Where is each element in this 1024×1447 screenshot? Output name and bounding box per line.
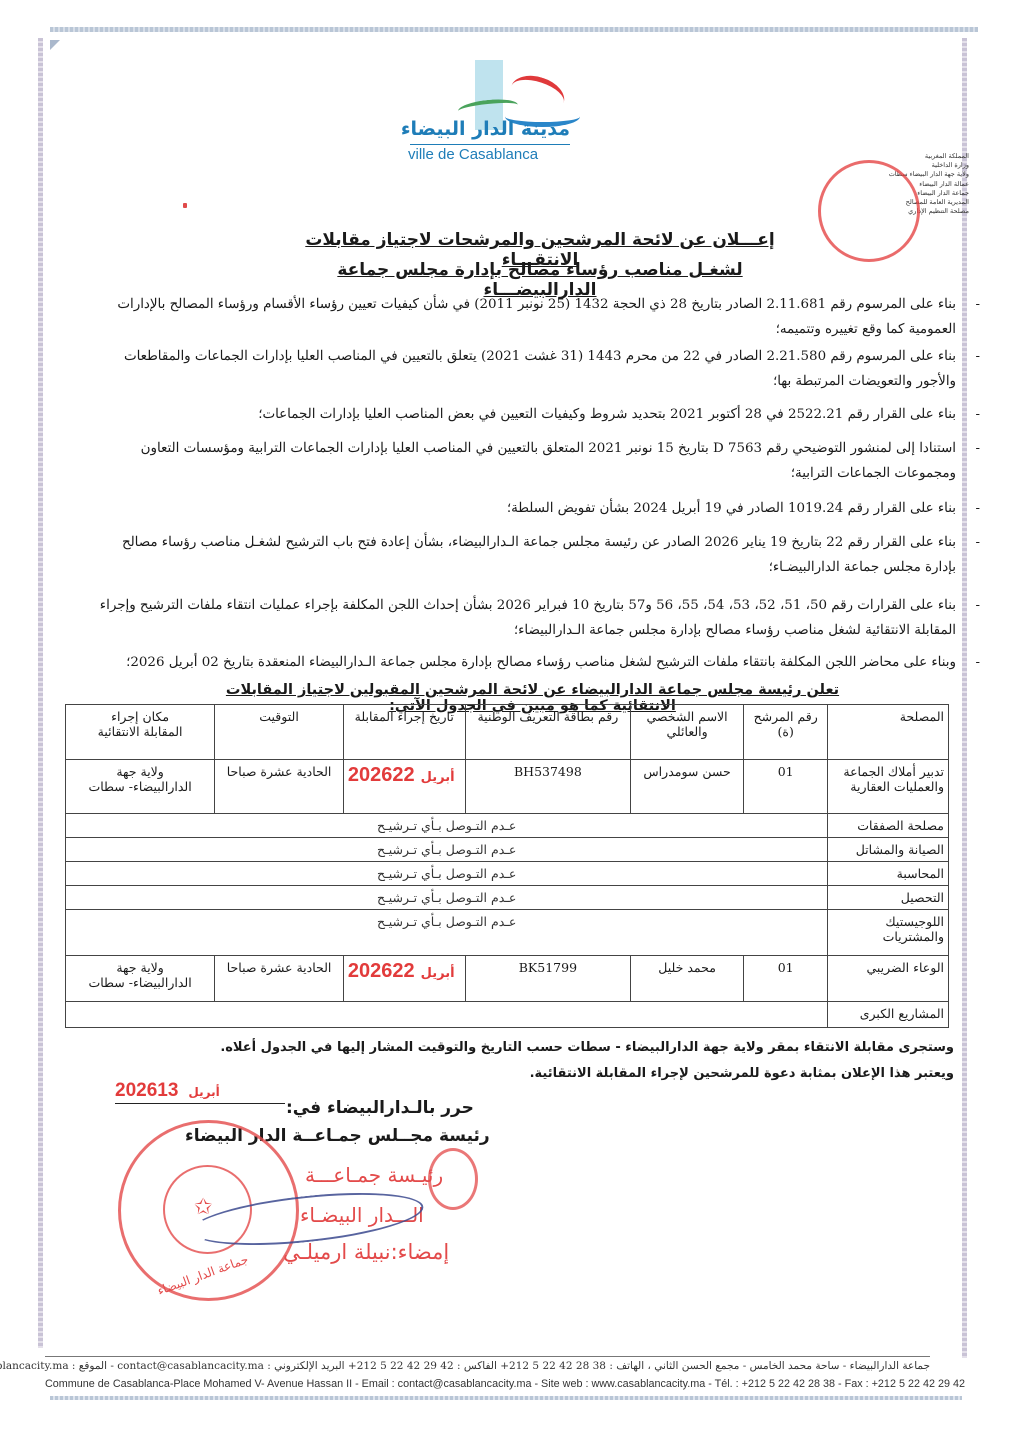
signature-date-label: حرر بالـدارالبيضاء في: (286, 1098, 474, 1118)
logo-underline (410, 144, 570, 145)
header-place: مكان إجراء المقابلة الانتقائية (66, 705, 215, 760)
cell-no-candidate: عـدم التـوصل بـأي تـرشيـح (66, 814, 828, 838)
place-line1: ولاية جهة (70, 764, 210, 779)
legal-basis-text: بناء على المرسوم رقم 2.21.580 الصادر في … (124, 349, 956, 389)
legal-basis-text: بناء على المرسوم رقم 2.11.681 الصادر بتا… (117, 297, 956, 337)
corner-mark-icon (50, 40, 60, 50)
cell-department: اللوجيستيك والمشتريات (828, 910, 949, 956)
logo-arabic-name: مدينة الدار البيضاء (400, 118, 570, 140)
cell-interview-date: 2026أبريل22 (343, 956, 465, 1002)
footer-arabic: جماعة الدارالبيضاء - ساحة محمد الخامس - … (45, 1360, 930, 1372)
legal-basis-item: -بناء على القرارات رقم 50، 51، 52، 53، 5… (96, 593, 956, 643)
cell-time: الحادية عشرة صباحا (215, 760, 344, 814)
cell-interview-date: 2026أبريل22 (343, 760, 465, 814)
cell-department: مصلحة الصفقات (828, 814, 949, 838)
legal-basis-item: -وبناء على محاضر اللجن المكلفة بانتقاء م… (96, 650, 956, 675)
logo-french-name: ville de Casablanca (408, 146, 538, 163)
cell-department: تدبير أملاك الجماعة والعمليات العقارية (828, 760, 949, 814)
cell-candidate-number: 01 (743, 760, 827, 814)
header-full-name: الاسم الشخصي والعائلي (631, 705, 744, 760)
legal-basis-item: -بناء على المرسوم رقم 2.11.681 الصادر بت… (96, 292, 956, 342)
date-day: 22 (392, 960, 414, 982)
sig-date-day: 13 (157, 1080, 178, 1101)
cell-department: الوعاء الضريبي (828, 956, 949, 1002)
table-row: المحاسبة عـدم التـوصل بـأي تـرشيـح (66, 862, 949, 886)
legal-basis-item: -بناء على المرسوم رقم 2.21.580 الصادر في… (96, 344, 956, 394)
cell-national-id: BK51799 (465, 956, 631, 1002)
header-place-line1: مكان إجراء (70, 709, 210, 724)
table-row: التحصيل عـدم التـوصل بـأي تـرشيـح (66, 886, 949, 910)
date-month: أبريل (421, 966, 455, 981)
cell-no-candidate: عـدم التـوصل بـأي تـرشيـح (66, 910, 828, 956)
footer-french: Commune de Casablanca-Place Mohamed V- A… (45, 1378, 930, 1390)
legal-basis-item: -بناء على القرار رقم 2522.21 في 28 أكتوب… (96, 402, 956, 427)
header-interview-date: تاريخ إجراء المقابلة (343, 705, 465, 760)
interview-location-note: وستجرى مقابلة الانتقاء بمقر ولاية جهة ال… (220, 1040, 954, 1055)
cell-place: ولاية جهة الدارالبيضاء- سطات (66, 956, 215, 1002)
sig-date-year: 2026 (115, 1080, 157, 1101)
cell-national-id: BH537498 (465, 760, 631, 814)
cell-empty (66, 1002, 828, 1028)
header-national-id: رقم بطاقة التعريف الوطنية (465, 705, 631, 760)
header-place-line2: المقابلة الانتقائية (70, 724, 210, 739)
table-row: الوعاء الضريبي 01 محمد خليل BK51799 2026… (66, 956, 949, 1002)
legal-basis-item: -استنادا إلى لمنشور التوضيحي رقم D 7563 … (96, 436, 956, 486)
footer-divider (45, 1356, 930, 1357)
cell-time: الحادية عشرة صباحا (215, 956, 344, 1002)
cell-full-name: حسن سومدراس (631, 760, 744, 814)
table-row: تدبير أملاك الجماعة والعمليات العقارية 0… (66, 760, 949, 814)
table-row: المشاريع الكبرى (66, 1002, 949, 1028)
signatory-stamp-line1: رئيـسة جمـاعـــة (305, 1163, 443, 1187)
place-line2: الدارالبيضاء- سطات (70, 779, 210, 794)
sig-date-month: أبريل (188, 1085, 219, 1099)
date-year: 2026 (348, 960, 393, 982)
date-month: أبريل (421, 770, 455, 785)
header-department: المصلحة (828, 705, 949, 760)
table-row: اللوجيستيك والمشتريات عـدم التـوصل بـأي … (66, 910, 949, 956)
cell-department: المشاريع الكبرى (828, 1002, 949, 1028)
cell-no-candidate: عـدم التـوصل بـأي تـرشيـح (66, 886, 828, 910)
header-candidate-number: رقم المرشح (ة) (743, 705, 827, 760)
cell-place: ولاية جهة الدارالبيضاء- سطات (66, 760, 215, 814)
ministry-line: المملكة المغربية (819, 152, 969, 161)
candidates-table: المصلحة رقم المرشح (ة) الاسم الشخصي والع… (65, 704, 949, 1028)
signature-date-stamp: 2026أبريل13 (115, 1080, 230, 1102)
date-year: 2026 (348, 764, 393, 786)
cell-no-candidate: عـدم التـوصل بـأي تـرشيـح (66, 862, 828, 886)
reception-stamp-icon (818, 160, 920, 262)
legal-basis-text: بناء على القرارات رقم 50، 51، 52، 53، 54… (100, 598, 956, 638)
table-row: مصلحة الصفقات عـدم التـوصل بـأي تـرشيـح (66, 814, 949, 838)
legal-basis-item: -بناء على القرار رقم 1019.24 الصادر في 1… (96, 496, 956, 521)
page-frame-right (962, 38, 967, 1358)
page-frame-bottom (50, 1396, 962, 1400)
cell-full-name: محمد خليل (631, 956, 744, 1002)
cell-no-candidate: عـدم التـوصل بـأي تـرشيـح (66, 838, 828, 862)
red-mark (183, 203, 187, 208)
table-row: الصيانة والمشاتل عـدم التـوصل بـأي تـرشي… (66, 838, 949, 862)
legal-basis-text: وبناء على محاضر اللجن المكلفة بانتقاء مل… (126, 655, 956, 670)
invitation-note: ويعتبر هذا الإعلان بمثابة دعوة للمرشحين … (530, 1066, 954, 1081)
page-frame-left (38, 38, 43, 1348)
legal-basis-text: بناء على القرار رقم 22 بتاريخ 19 يناير 2… (122, 535, 956, 575)
casablanca-logo: مدينة الدار البيضاء ville de Casablanca (400, 50, 600, 165)
date-stamp: 2026أبريل22 (348, 960, 461, 983)
cell-department: الصيانة والمشاتل (828, 838, 949, 862)
place-line1: ولاية جهة (70, 960, 210, 975)
signed-name: إمضاء:نبيلة ارميلـي (283, 1240, 449, 1264)
legal-basis-text: بناء على القرار رقم 2522.21 في 28 أكتوبر… (258, 407, 956, 422)
legal-basis-text: بناء على القرار رقم 1019.24 الصادر في 19… (507, 501, 956, 516)
legal-basis-item: -بناء على القرار رقم 22 بتاريخ 19 يناير … (96, 530, 956, 580)
cell-candidate-number: 01 (743, 956, 827, 1002)
page-frame-top (50, 27, 978, 32)
signature-date-line (115, 1103, 285, 1104)
cell-department: التحصيل (828, 886, 949, 910)
date-day: 22 (392, 764, 414, 786)
table-header-row: المصلحة رقم المرشح (ة) الاسم الشخصي والع… (66, 705, 949, 760)
place-line2: الدارالبيضاء- سطات (70, 975, 210, 990)
header-time: التوقيت (215, 705, 344, 760)
date-stamp: 2026أبريل22 (348, 764, 461, 787)
legal-basis-text: استنادا إلى لمنشور التوضيحي رقم D 7563 ب… (141, 441, 956, 481)
cell-department: المحاسبة (828, 862, 949, 886)
